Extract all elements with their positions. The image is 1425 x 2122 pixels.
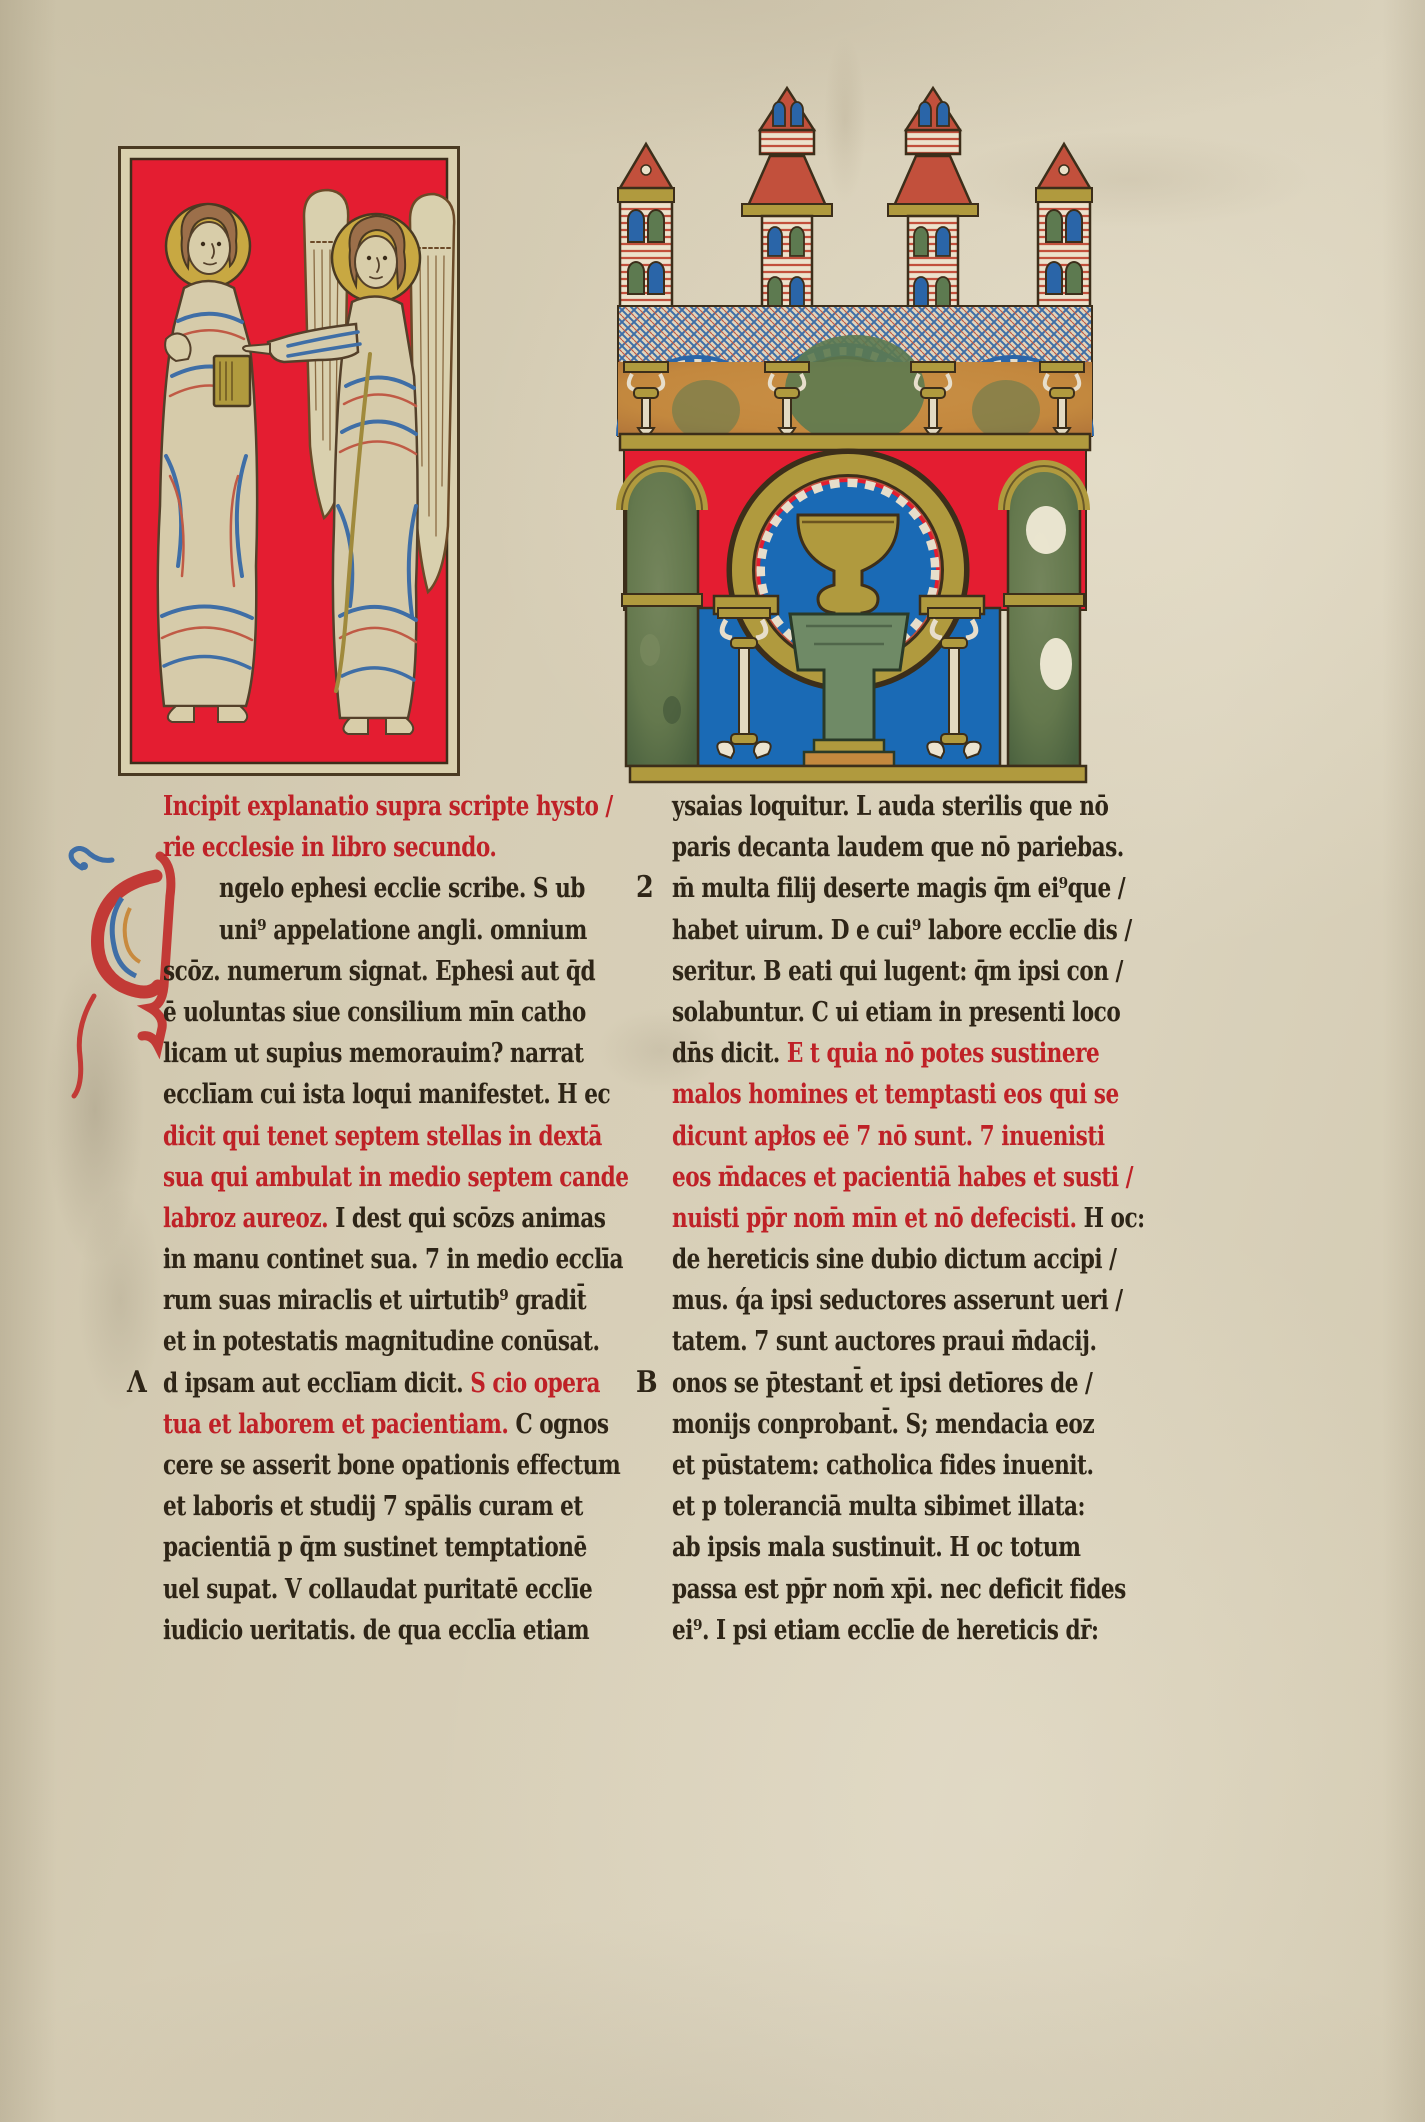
text-line: licam ut supius memorauim? narrat: [163, 1033, 633, 1074]
text-segment: eos m̄daces et pacientiā habes et susti …: [672, 1162, 1133, 1193]
text-line-content: ngelo ephesi ecclie scribe. S ub: [219, 868, 585, 909]
text-segment: mus. q́a ipsi seductores asserunt ueri /: [672, 1285, 1123, 1316]
text-segment: in manu continet sua. 7 in medio ecclīa: [163, 1244, 623, 1275]
text-line-content: rum suas miraclis et uirtutib⁹ gradit̄: [163, 1280, 586, 1321]
text-line-content: habet uirum. D e cui⁹ labore ecclīe dis …: [672, 910, 1132, 951]
text-line: pacientiā p q̄m sustinet temptationē: [163, 1527, 633, 1568]
text-line-content: monijs conprobant̄. S; mendacia eoz: [672, 1404, 1094, 1445]
text-line-content: labroz aureoz. I dest qui scōzs animas: [163, 1198, 605, 1239]
text-line: seritur. B eati qui lugent: q̄m ipsi con…: [672, 951, 1142, 992]
text-line: ngelo ephesi ecclie scribe. S ub: [163, 868, 633, 909]
text-line-content: ē uoluntas siue consilium mīn catho: [163, 992, 586, 1033]
text-line: cere se asserit bone opationis effectum: [163, 1445, 633, 1486]
text-segment: tatem. 7 sunt auctores praui m̄dacij.: [672, 1326, 1097, 1357]
text-line-content: sua qui ambulat in medio septem cande: [163, 1157, 629, 1198]
text-line-content: tatem. 7 sunt auctores praui m̄dacij.: [672, 1321, 1097, 1362]
text-segment: monijs conprobant̄. S; mendacia eoz: [672, 1409, 1094, 1440]
text-segment: uni⁹ appelatione angli. omnium: [219, 915, 587, 946]
text-line: passa est pp̄r nom̄ xp̄i. nec deficit fi…: [672, 1569, 1142, 1610]
text-line-content: et laboris et studij 7 spālis curam et: [163, 1486, 583, 1527]
text-line-content: nuisti pp̄r nom̄ mīn et nō defecisti. H …: [672, 1198, 1145, 1239]
text-line: monijs conprobant̄. S; mendacia eoz: [672, 1404, 1142, 1445]
text-line: ecclīam cui ista loqui manifestet. H ec: [163, 1074, 633, 1115]
text-block: Incipit explanatio supra scripte hysto /…: [0, 0, 1425, 2122]
text-line: et p toleranciā multa sibimet illata:: [672, 1486, 1142, 1527]
text-segment: de hereticis sine dubio dictum accipi /: [672, 1244, 1117, 1275]
text-segment: et pūstatem: catholica fides inuenit.: [672, 1450, 1094, 1481]
text-line-content: iudicio ueritatis. de qua ecclīa etiam: [163, 1610, 589, 1651]
text-segment: ei⁹. I psi etiam ecclīe de hereticis dr̄…: [672, 1615, 1099, 1646]
text-line: uni⁹ appelatione angli. omnium: [163, 910, 633, 951]
text-segment: et laboris et studij 7 spālis curam et: [163, 1491, 583, 1522]
text-line-content: passa est pp̄r nom̄ xp̄i. nec deficit fi…: [672, 1569, 1126, 1610]
text-segment: dicunt apłos eē 7 nō sunt. 7 inuenisti: [672, 1121, 1105, 1152]
text-line: paris decanta laudem que nō pariebas.: [672, 827, 1142, 868]
text-line: dn̄s dicit. E t quia nō potes sustinere: [672, 1033, 1142, 1074]
text-line: ē uoluntas siue consilium mīn catho: [163, 992, 633, 1033]
text-segment: ē uoluntas siue consilium mīn catho: [163, 997, 586, 1028]
text-line-content: scōz. numerum signat. Ephesi aut q̄d: [163, 951, 595, 992]
text-line-content: ei⁹. I psi etiam ecclīe de hereticis dr̄…: [672, 1610, 1099, 1651]
margin-initial: 2: [636, 870, 654, 905]
text-line: de hereticis sine dubio dictum accipi /: [672, 1239, 1142, 1280]
text-line: tua et laborem et pacientiam. C ognos: [163, 1404, 633, 1445]
manuscript-page: Incipit explanatio supra scripte hysto /…: [0, 0, 1425, 2122]
text-line: Λd ipsam aut ecclīam dicit. S cio opera: [163, 1363, 633, 1404]
text-line: ab ipsis mala sustinuit. H oc totum: [672, 1527, 1142, 1568]
text-segment: E t quia nō potes sustinere: [787, 1038, 1099, 1069]
text-line: uel supat. V collaudat puritatē ecclīe: [163, 1569, 633, 1610]
text-line-content: cere se asserit bone opationis effectum: [163, 1445, 620, 1486]
text-segment: uel supat. V collaudat puritatē ecclīe: [163, 1574, 592, 1605]
text-line: et in potestatis magnitudine conūsat.: [163, 1321, 633, 1362]
text-line-content: dicit qui tenet septem stellas in dextā: [163, 1116, 602, 1157]
text-line: Incipit explanatio supra scripte hysto /: [163, 786, 633, 827]
text-segment: licam ut supius memorauim? narrat: [163, 1038, 583, 1069]
text-line: iudicio ueritatis. de qua ecclīa etiam: [163, 1610, 633, 1651]
text-line: Bonos se p̄testant̄ et ipsi detīores de …: [672, 1363, 1142, 1404]
text-segment: ysaias loquitur. L auda sterilis que nō: [672, 791, 1108, 822]
text-line: solabuntur. C ui etiam in presenti loco: [672, 992, 1142, 1033]
margin-initial: Λ: [127, 1365, 147, 1400]
text-segment: rie ecclesie in libro secundo.: [163, 832, 496, 863]
text-segment: ab ipsis mala sustinuit. H oc totum: [672, 1532, 1081, 1563]
text-line-content: solabuntur. C ui etiam in presenti loco: [672, 992, 1120, 1033]
text-segment: dn̄s dicit.: [672, 1038, 787, 1069]
text-line: in manu continet sua. 7 in medio ecclīa: [163, 1239, 633, 1280]
text-segment: passa est pp̄r nom̄ xp̄i. nec deficit fi…: [672, 1574, 1126, 1605]
text-segment: iudicio ueritatis. de qua ecclīa etiam: [163, 1615, 589, 1646]
text-line: sua qui ambulat in medio septem cande: [163, 1157, 633, 1198]
text-segment: m̄ multa filij deserte magis q̄m ei⁹que …: [672, 873, 1125, 904]
text-line-content: eos m̄daces et pacientiā habes et susti …: [672, 1157, 1133, 1198]
text-line-content: uel supat. V collaudat puritatē ecclīe: [163, 1569, 592, 1610]
text-line-content: dn̄s dicit. E t quia nō potes sustinere: [672, 1033, 1099, 1074]
text-segment: I dest qui scōzs animas: [335, 1203, 605, 1234]
text-segment: malos homines et temptasti eos qui se: [672, 1079, 1119, 1110]
text-line-content: ecclīam cui ista loqui manifestet. H ec: [163, 1074, 610, 1115]
text-line-content: tua et laborem et pacientiam. C ognos: [163, 1404, 609, 1445]
text-line-content: et in potestatis magnitudine conūsat.: [163, 1321, 600, 1362]
text-segment: habet uirum. D e cui⁹ labore ecclīe dis …: [672, 915, 1132, 946]
text-line-content: m̄ multa filij deserte magis q̄m ei⁹que …: [672, 868, 1125, 909]
text-line-content: mus. q́a ipsi seductores asserunt ueri /: [672, 1280, 1123, 1321]
text-line-content: in manu continet sua. 7 in medio ecclīa: [163, 1239, 623, 1280]
text-line: ysaias loquitur. L auda sterilis que nō: [672, 786, 1142, 827]
text-line-content: d ipsam aut ecclīam dicit. S cio opera: [163, 1363, 600, 1404]
text-line: habet uirum. D e cui⁹ labore ecclīe dis …: [672, 910, 1142, 951]
text-segment: et p toleranciā multa sibimet illata:: [672, 1491, 1085, 1522]
text-line: rum suas miraclis et uirtutib⁹ gradit̄: [163, 1280, 633, 1321]
text-segment: et in potestatis magnitudine conūsat.: [163, 1326, 600, 1357]
text-segment: dicit qui tenet septem stellas in dextā: [163, 1121, 602, 1152]
text-segment: seritur. B eati qui lugent: q̄m ipsi con…: [672, 956, 1123, 987]
text-line-content: onos se p̄testant̄ et ipsi detīores de /: [672, 1363, 1092, 1404]
text-segment: solabuntur. C ui etiam in presenti loco: [672, 997, 1120, 1028]
text-line: dicunt apłos eē 7 nō sunt. 7 inuenisti: [672, 1116, 1142, 1157]
text-segment: S cio opera: [470, 1368, 600, 1399]
text-line: rie ecclesie in libro secundo.: [163, 827, 633, 868]
text-segment: labroz aureoz.: [163, 1203, 335, 1234]
text-segment: pacientiā p q̄m sustinet temptationē: [163, 1532, 587, 1563]
text-segment: scōz. numerum signat. Ephesi aut q̄d: [163, 956, 595, 987]
text-line-content: et p toleranciā multa sibimet illata:: [672, 1486, 1085, 1527]
text-segment: rum suas miraclis et uirtutib⁹ gradit̄: [163, 1285, 586, 1316]
text-segment: paris decanta laudem que nō pariebas.: [672, 832, 1124, 863]
text-line-content: paris decanta laudem que nō pariebas.: [672, 827, 1124, 868]
text-line-content: Incipit explanatio supra scripte hysto /: [163, 786, 613, 827]
text-line-content: pacientiā p q̄m sustinet temptationē: [163, 1527, 587, 1568]
text-segment: sua qui ambulat in medio septem cande: [163, 1162, 629, 1193]
text-segment: Incipit explanatio supra scripte hysto /: [163, 791, 613, 822]
text-line: malos homines et temptasti eos qui se: [672, 1074, 1142, 1115]
text-line: nuisti pp̄r nom̄ mīn et nō defecisti. H …: [672, 1198, 1142, 1239]
text-segment: tua et laborem et pacientiam.: [163, 1409, 515, 1440]
text-segment: C ognos: [515, 1409, 608, 1440]
text-line-content: licam ut supius memorauim? narrat: [163, 1033, 583, 1074]
text-segment: nuisti pp̄r nom̄ mīn et nō defecisti.: [672, 1203, 1084, 1234]
text-line: dicit qui tenet septem stellas in dextā: [163, 1116, 633, 1157]
text-line: labroz aureoz. I dest qui scōzs animas: [163, 1198, 633, 1239]
text-line-content: rie ecclesie in libro secundo.: [163, 827, 496, 868]
text-segment: d ipsam aut ecclīam dicit.: [163, 1368, 470, 1399]
text-line-content: malos homines et temptasti eos qui se: [672, 1074, 1119, 1115]
text-line-content: dicunt apłos eē 7 nō sunt. 7 inuenisti: [672, 1116, 1105, 1157]
margin-initial: B: [636, 1365, 658, 1400]
text-segment: onos se p̄testant̄ et ipsi detīores de /: [672, 1368, 1092, 1399]
text-line: eos m̄daces et pacientiā habes et susti …: [672, 1157, 1142, 1198]
text-line: tatem. 7 sunt auctores praui m̄dacij.: [672, 1321, 1142, 1362]
text-segment: cere se asserit bone opationis effectum: [163, 1450, 620, 1481]
text-line-content: de hereticis sine dubio dictum accipi /: [672, 1239, 1117, 1280]
text-column-left: Incipit explanatio supra scripte hysto /…: [163, 786, 633, 1651]
text-line-content: uni⁹ appelatione angli. omnium: [219, 910, 587, 951]
text-line: scōz. numerum signat. Ephesi aut q̄d: [163, 951, 633, 992]
text-line: mus. q́a ipsi seductores asserunt ueri /: [672, 1280, 1142, 1321]
text-line: et pūstatem: catholica fides inuenit.: [672, 1445, 1142, 1486]
text-line: et laboris et studij 7 spālis curam et: [163, 1486, 633, 1527]
text-line: ei⁹. I psi etiam ecclīe de hereticis dr̄…: [672, 1610, 1142, 1651]
text-line-content: seritur. B eati qui lugent: q̄m ipsi con…: [672, 951, 1123, 992]
text-line-content: ysaias loquitur. L auda sterilis que nō: [672, 786, 1108, 827]
text-line-content: et pūstatem: catholica fides inuenit.: [672, 1445, 1094, 1486]
text-segment: ecclīam cui ista loqui manifestet. H ec: [163, 1079, 610, 1110]
text-column-right: ysaias loquitur. L auda sterilis que nōp…: [672, 786, 1142, 1651]
text-segment: ngelo ephesi ecclie scribe. S ub: [219, 873, 585, 904]
text-line: 2m̄ multa filij deserte magis q̄m ei⁹que…: [672, 868, 1142, 909]
text-line-content: ab ipsis mala sustinuit. H oc totum: [672, 1527, 1081, 1568]
text-segment: H oc:: [1084, 1203, 1145, 1234]
